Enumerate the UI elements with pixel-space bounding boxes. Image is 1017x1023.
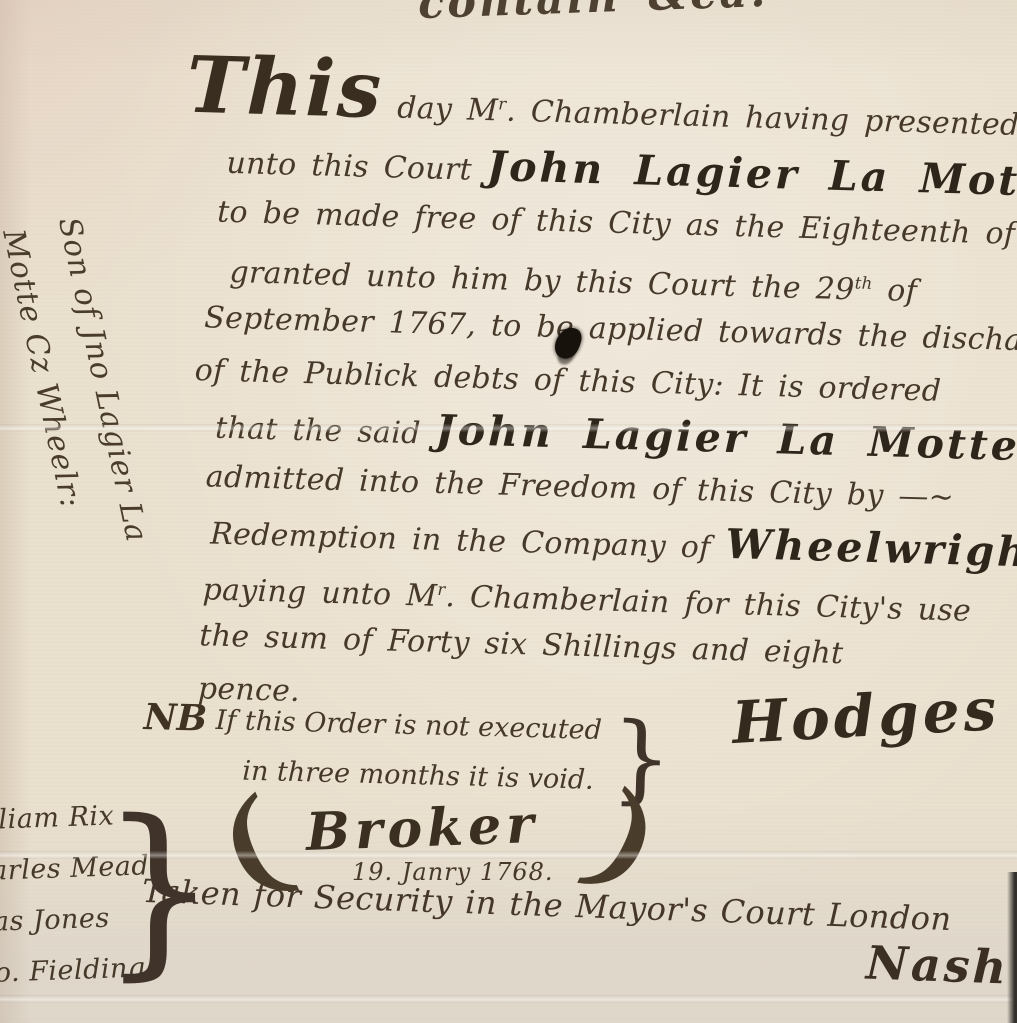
text-segment: the sum of Forty six Shillings and eight <box>199 618 844 671</box>
rotated-margin-note: Son of Jno Lagier La Motte Cz Wheelr: <box>0 212 194 695</box>
text-segment: of <box>872 273 918 309</box>
text-segment: paying unto M <box>202 572 437 614</box>
text-segment: that the said <box>215 411 436 452</box>
text-segment: . Chamberlain having presented <box>506 94 1017 143</box>
cut-off-header-text: contain &ca. <box>417 0 769 29</box>
text-segment: th <box>855 273 873 292</box>
nb-label: NB <box>143 696 207 740</box>
nb-text: If this Order is not executed in three m… <box>214 696 603 806</box>
signature-hodges: Hodges <box>730 675 1001 757</box>
photo-edge-shadow <box>1007 872 1017 1023</box>
text-segment: unto this Court <box>226 146 487 188</box>
brace-flourish: } <box>100 780 218 998</box>
main-order-paragraph: This day Mr. Chamberlain having presente… <box>181 40 1017 738</box>
text-segment: This <box>185 40 384 136</box>
broker-endorsement: Broker <box>305 794 540 863</box>
text-segment: Wheelwrights <box>725 520 1017 578</box>
text-segment: day M <box>382 90 499 128</box>
signature-nash: Nash <box>865 936 1010 995</box>
manuscript-page: contain &ca. Son of Jno Lagier La Motte … <box>0 0 1017 1023</box>
